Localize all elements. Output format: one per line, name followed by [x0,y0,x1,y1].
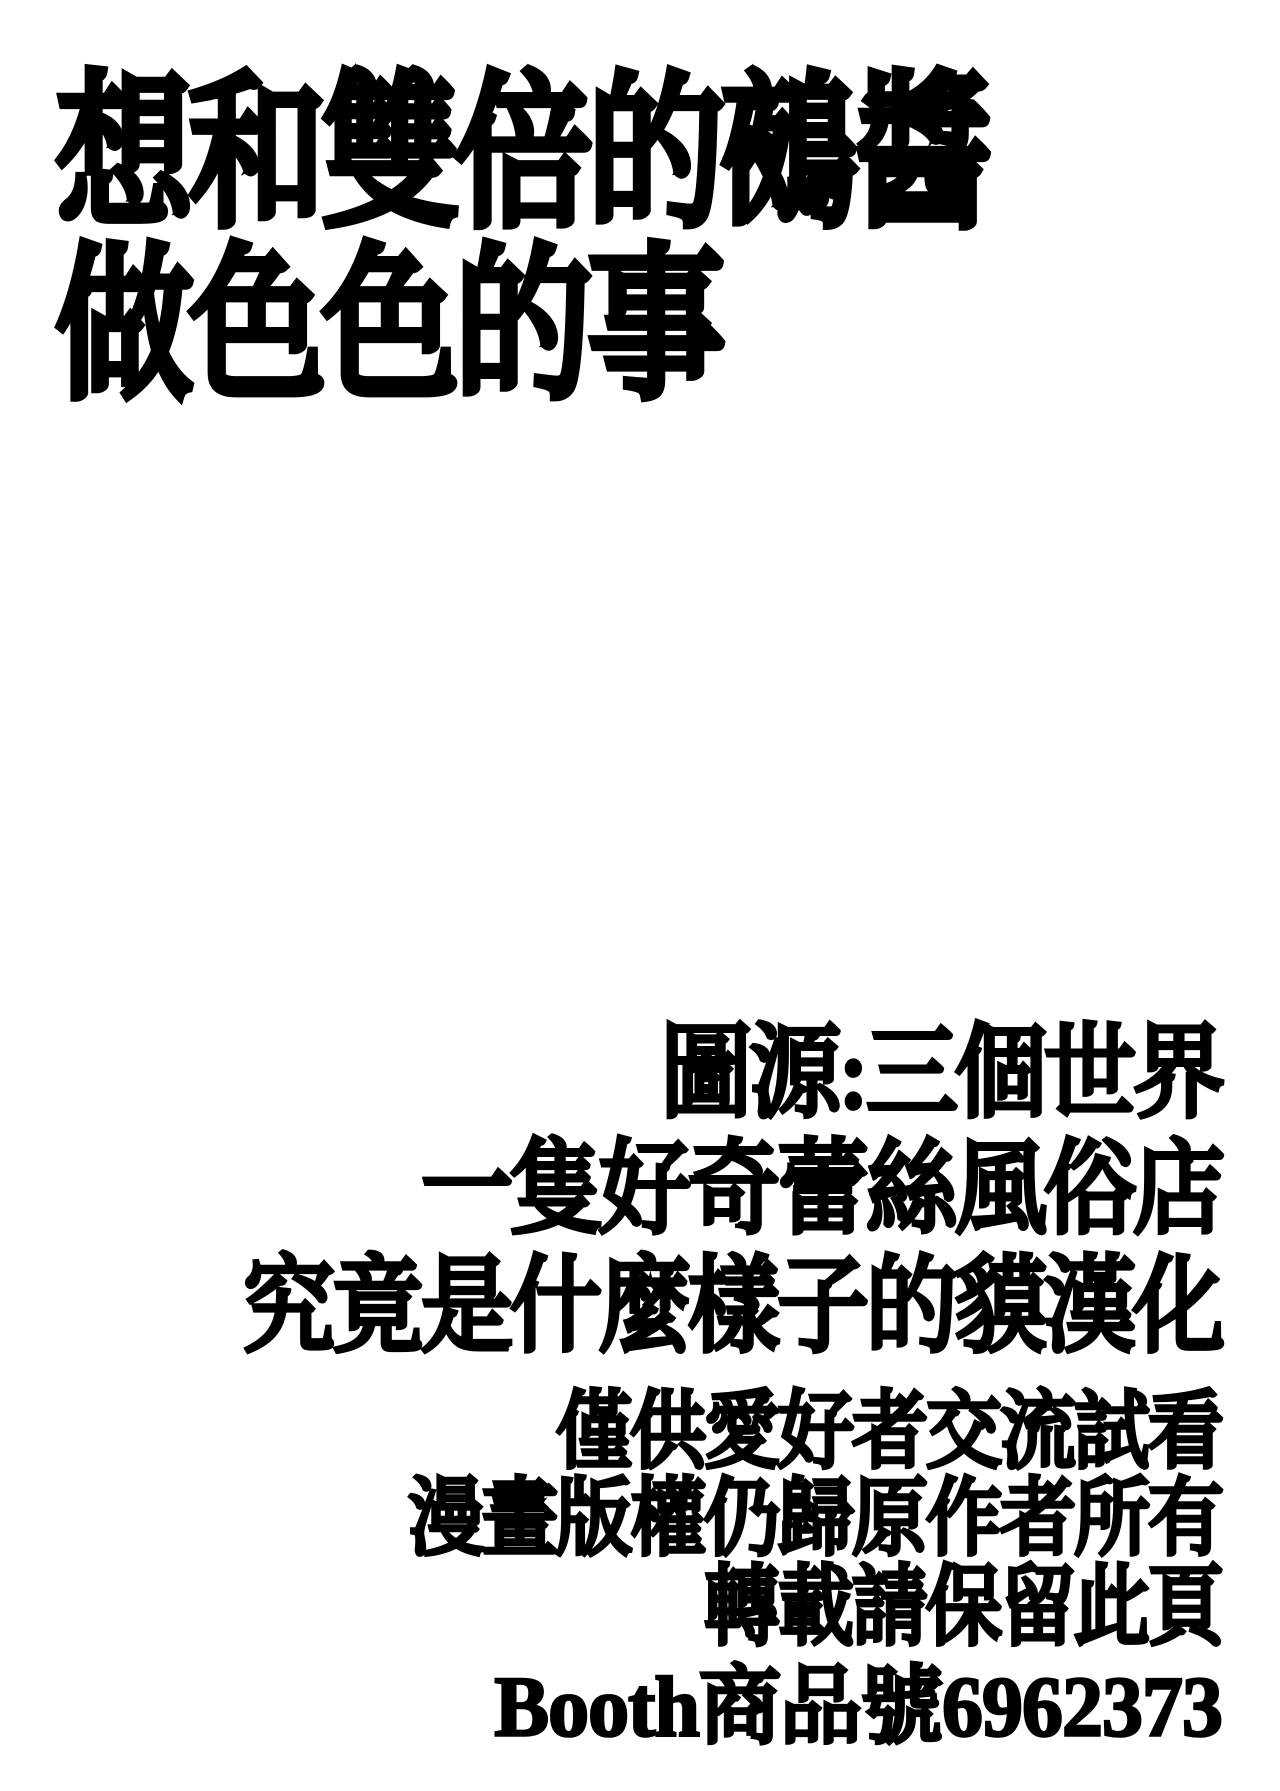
scanlation-group-name-line-2: 究竟是什麼樣子的貘漢化 [243,1254,1222,1360]
booth-product-id-label: Booth商品號 [494,1659,942,1755]
page-title-line-1: 想和雙倍的鵺醬 [56,72,987,239]
scanlation-group-name-line-1: 一隻好奇蕾絲風俗店 [421,1138,1222,1241]
booth-product-id-number: 6962373 [942,1659,1222,1755]
page-title-line-2: 做色色的事 [56,244,721,411]
credit-page: 想和雙倍的鵺醬 做色色的事 圖源:三個世界 一隻好奇蕾絲風俗店 究竟是什麼樣子的… [0,0,1280,1791]
disclaimer-line-2: 漫畫版權仍歸原作者所有 [408,1477,1222,1562]
disclaimer-line-3: 轉載請保留此頁 [704,1564,1222,1652]
image-source-credit: 圖源:三個世界 [660,1022,1222,1125]
disclaimer-line-1: 僅供愛好者交流試看 [556,1390,1222,1475]
booth-product-id-line: Booth商品號6962373 [494,1664,1222,1750]
